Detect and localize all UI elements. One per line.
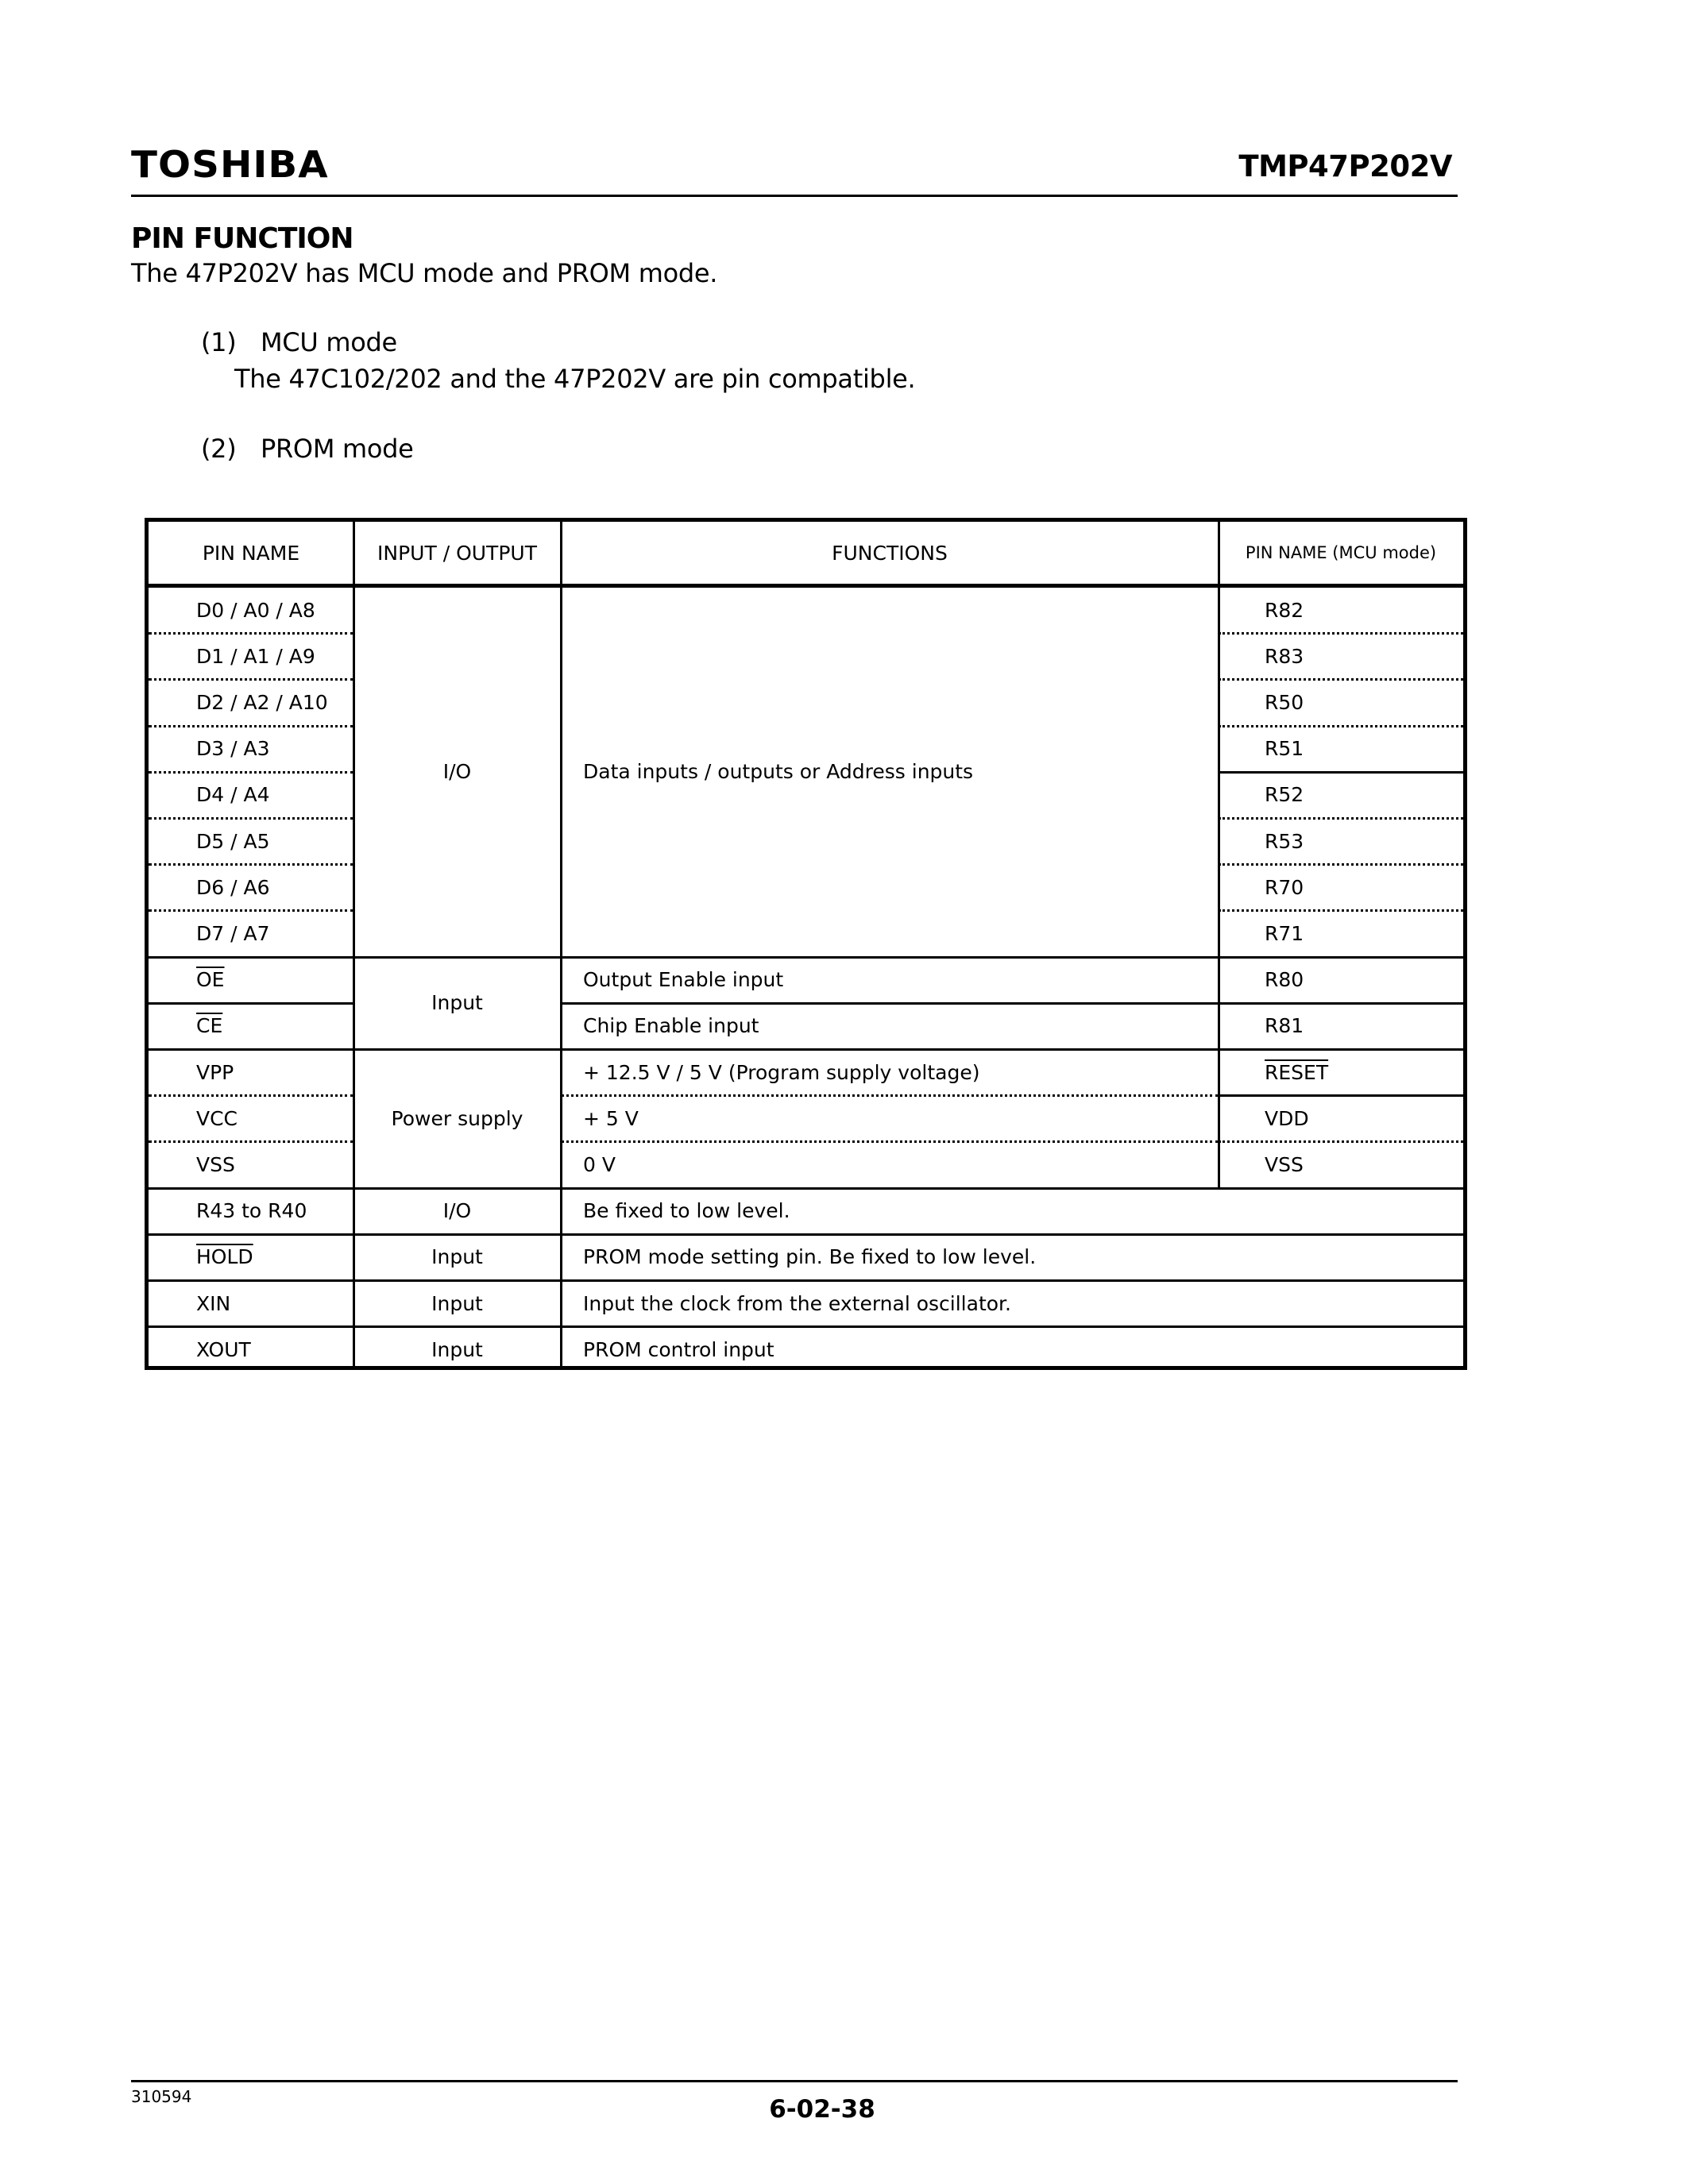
io-type-text: Input — [431, 1338, 483, 1361]
pin-function: PROM control input — [561, 1326, 1463, 1372]
mcu-pin-name-text: R80 — [1265, 968, 1304, 991]
pin-function: Output Enable input — [561, 957, 1219, 1003]
pin-function: + 12.5 V / 5 V (Program supply voltage) — [561, 1049, 1219, 1095]
mcu-pin-name-text: R70 — [1265, 876, 1304, 899]
mcu-pin-name-text: R82 — [1265, 599, 1304, 622]
pin-function: Input the clock from the external oscill… — [561, 1280, 1463, 1326]
pin-name: D6 / A6 — [149, 864, 353, 910]
function-group: Data inputs / outputs or Address inputs — [561, 587, 1219, 957]
mcu-pin-name: R51 — [1219, 726, 1463, 772]
pin-name-text: VSS — [196, 1153, 235, 1176]
pin-function-text: Be fixed to low level. — [583, 1199, 790, 1222]
pin-name-text: XIN — [196, 1292, 230, 1315]
pin-name: VSS — [149, 1141, 353, 1187]
io-type: Input — [353, 1326, 561, 1372]
mcu-pin-name: R53 — [1219, 818, 1463, 864]
io-type-group: Power supply — [353, 1049, 561, 1188]
pin-name: D4 / A4 — [149, 772, 353, 818]
mcu-pin-name-text: R52 — [1265, 783, 1304, 806]
column-header: PIN NAME (MCU mode) — [1219, 522, 1463, 584]
io-type-text: Input — [431, 1292, 483, 1315]
column-header-text: PIN NAME (MCU mode) — [1246, 543, 1436, 562]
column-header-text: FUNCTIONS — [832, 542, 948, 565]
pin-name: R43 to R40 — [149, 1188, 353, 1234]
column-header: INPUT / OUTPUT — [353, 522, 561, 584]
pin-name-text: D2 / A2 / A10 — [196, 691, 328, 714]
pin-name: CE — [149, 1003, 353, 1049]
pin-name-text: D4 / A4 — [196, 783, 269, 806]
mcu-pin-name: R71 — [1219, 910, 1463, 956]
item-1-number: (1) — [201, 327, 236, 357]
pin-name: OE — [149, 957, 353, 1003]
pin-name-text: HOLD — [196, 1245, 253, 1268]
pin-function-text: PROM mode setting pin. Be fixed to low l… — [583, 1245, 1036, 1268]
pin-name: XIN — [149, 1280, 353, 1326]
pin-name-text: D6 / A6 — [196, 876, 269, 899]
pin-function: 0 V — [561, 1141, 1219, 1187]
mcu-pin-name-text: R50 — [1265, 691, 1304, 714]
intro-text: The 47P202V has MCU mode and PROM mode. — [131, 258, 717, 288]
mcu-pin-name-text: R71 — [1265, 922, 1304, 945]
mcu-pin-name-text: R51 — [1265, 737, 1304, 760]
pin-name: D0 / A0 / A8 — [149, 587, 353, 633]
pin-function-text: + 5 V — [583, 1107, 639, 1130]
pin-name: VCC — [149, 1095, 353, 1141]
io-type-text: Input — [431, 1245, 483, 1268]
pin-name: D5 / A5 — [149, 818, 353, 864]
pin-function-text: PROM control input — [583, 1338, 774, 1361]
item-2-number: (2) — [201, 434, 236, 464]
column-header-text: PIN NAME — [203, 542, 299, 565]
io-type-group: I/O — [353, 587, 561, 957]
pin-name-text: D7 / A7 — [196, 922, 269, 945]
pin-name: D7 / A7 — [149, 910, 353, 956]
io-type: Input — [353, 1234, 561, 1280]
mcu-pin-name: R52 — [1219, 772, 1463, 818]
mcu-pin-name: R50 — [1219, 679, 1463, 725]
mcu-pin-name-text: RESET — [1265, 1061, 1328, 1084]
pin-function: PROM mode setting pin. Be fixed to low l… — [561, 1234, 1463, 1280]
pin-name: D3 / A3 — [149, 726, 353, 772]
io-type-group: Input — [353, 957, 561, 1049]
column-header: FUNCTIONS — [561, 522, 1219, 584]
function-group-text: Data inputs / outputs or Address inputs — [583, 760, 973, 783]
pin-name-text: VCC — [196, 1107, 238, 1130]
pin-function: Chip Enable input — [561, 1003, 1219, 1049]
item-1-label: MCU mode — [261, 327, 397, 357]
io-type: I/O — [353, 1188, 561, 1234]
pin-function-text: 0 V — [583, 1153, 616, 1176]
mcu-pin-name: RESET — [1219, 1049, 1463, 1095]
io-type-group-text: I/O — [443, 760, 471, 783]
pin-name: D2 / A2 / A10 — [149, 679, 353, 725]
pin-name-text: CE — [196, 1014, 222, 1037]
pin-function-text: Output Enable input — [583, 968, 783, 991]
pin-function: Be fixed to low level. — [561, 1188, 1463, 1234]
header-rule — [131, 195, 1458, 197]
pin-name-text: D0 / A0 / A8 — [196, 599, 315, 622]
pin-name: VPP — [149, 1049, 353, 1095]
mcu-pin-name: VDD — [1219, 1095, 1463, 1141]
mcu-pin-name: VSS — [1219, 1141, 1463, 1187]
pin-name-text: D3 / A3 — [196, 737, 269, 760]
part-number: TMP47P202V — [1238, 149, 1452, 183]
mcu-pin-name: R70 — [1219, 864, 1463, 910]
pin-name-text: XOUT — [196, 1338, 251, 1361]
io-type: Input — [353, 1280, 561, 1326]
pin-name: XOUT — [149, 1326, 353, 1372]
mcu-pin-name: R82 — [1219, 587, 1463, 633]
mcu-pin-name-text: R53 — [1265, 830, 1304, 853]
pin-function-text: Input the clock from the external oscill… — [583, 1292, 1011, 1315]
pin-name-text: D5 / A5 — [196, 830, 269, 853]
io-type-group-text: Input — [431, 991, 483, 1014]
pin-name: HOLD — [149, 1234, 353, 1280]
item-1-text: The 47C102/202 and the 47P202V are pin c… — [234, 364, 915, 394]
pin-name-text: VPP — [196, 1061, 234, 1084]
mcu-pin-name: R83 — [1219, 633, 1463, 679]
page-number: 6-02-38 — [0, 2095, 1644, 2124]
pin-name-text: OE — [196, 968, 224, 991]
mcu-pin-name-text: R83 — [1265, 645, 1304, 668]
section-title: PIN FUNCTION — [131, 222, 353, 255]
brand-logo: TOSHIBA — [131, 143, 329, 186]
pin-name-text: R43 to R40 — [196, 1199, 307, 1222]
mcu-pin-name: R81 — [1219, 1003, 1463, 1049]
pin-name: D1 / A1 / A9 — [149, 633, 353, 679]
mcu-pin-name: R80 — [1219, 957, 1463, 1003]
footer-rule — [131, 2080, 1458, 2082]
mcu-pin-name-text: R81 — [1265, 1014, 1304, 1037]
io-type-text: I/O — [443, 1199, 471, 1222]
column-header-text: INPUT / OUTPUT — [377, 542, 537, 565]
column-header: PIN NAME — [149, 522, 353, 584]
pin-function-text: Chip Enable input — [583, 1014, 759, 1037]
item-2-label: PROM mode — [261, 434, 414, 464]
io-type-group-text: Power supply — [392, 1107, 523, 1130]
pin-function-text: + 12.5 V / 5 V (Program supply voltage) — [583, 1061, 979, 1084]
pin-function: + 5 V — [561, 1095, 1219, 1141]
pin-name-text: D1 / A1 / A9 — [196, 645, 315, 668]
mcu-pin-name-text: VSS — [1265, 1153, 1304, 1176]
pin-function-table: PIN NAMEINPUT / OUTPUTFUNCTIONSPIN NAME … — [145, 518, 1467, 1370]
mcu-pin-name-text: VDD — [1265, 1107, 1309, 1130]
